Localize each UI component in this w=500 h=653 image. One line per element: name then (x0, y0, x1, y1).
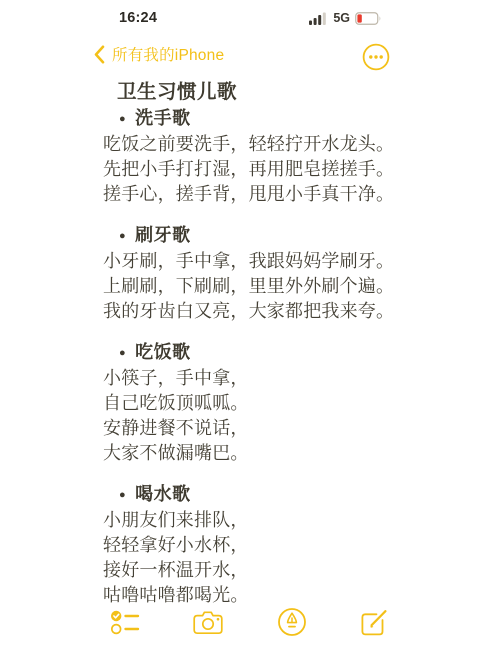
bullet-icon: ● (119, 107, 126, 132)
signal-strength-icon (309, 12, 328, 25)
note-line: 我的牙齿白又亮，大家都把我来夸。 (103, 299, 403, 324)
note-section-water-drinking: ●喝水歌 小朋友们来排队， 轻轻拿好小水杯， 接好一杯温开水， 咕噜咕噜都喝光。 (103, 482, 403, 608)
note-line: 小牙刷，手中拿，我跟妈妈学刷牙。 (103, 249, 403, 274)
section-heading-text: 刷牙歌 (135, 225, 191, 245)
status-indicators: 5G (309, 11, 381, 25)
nav-bar: 所有我的iPhone (90, 40, 410, 72)
note-line: 吃饭之前要洗手，轻轻拧开水龙头。 (103, 132, 403, 157)
status-time: 16:24 (119, 10, 157, 26)
camera-icon (193, 610, 223, 635)
chevron-left-icon (94, 45, 105, 64)
note-line: 自己吃饭顶呱呱。 (103, 391, 403, 416)
note-title: 卫生习惯儿歌 (103, 79, 403, 105)
note-line: 接好一杯温开水， (103, 558, 403, 583)
section-heading: ●喝水歌 (103, 482, 403, 508)
note-line: 轻轻拿好小水杯， (103, 533, 403, 558)
bullet-icon: ● (119, 483, 126, 508)
note-line: 搓手心，搓手背，甩甩小手真干净。 (103, 182, 403, 207)
section-heading: ●刷牙歌 (103, 223, 403, 249)
note-line: 上刷刷，下刷刷，里里外外刷个遍。 (103, 274, 403, 299)
status-bar: 16:24 5G (90, 8, 410, 30)
checklist-button[interactable] (109, 606, 141, 638)
more-options-button[interactable] (360, 41, 392, 73)
markup-button[interactable] (276, 606, 308, 638)
markup-pen-icon (277, 607, 307, 637)
circle-ellipsis-icon (362, 43, 390, 71)
bullet-icon: ● (119, 224, 126, 249)
note-line: 先把小手打打湿，再用肥皂搓搓手。 (103, 157, 403, 182)
section-heading-text: 洗手歌 (135, 108, 191, 128)
section-heading: ●吃饭歌 (103, 340, 403, 366)
bottom-toolbar (90, 602, 410, 642)
note-line: 大家不做漏嘴巴。 (103, 441, 403, 466)
compose-icon (360, 608, 389, 637)
note-editor[interactable]: 卫生习惯儿歌 ●洗手歌 吃饭之前要洗手，轻轻拧开水龙头。 先把小手打打湿，再用肥… (103, 79, 403, 608)
note-section-tooth-brushing: ●刷牙歌 小牙刷，手中拿，我跟妈妈学刷牙。 上刷刷，下刷刷，里里外外刷个遍。 我… (103, 223, 403, 324)
notes-app-screen: 16:24 5G (0, 0, 500, 653)
bullet-icon: ● (119, 341, 126, 366)
compose-button[interactable] (359, 606, 391, 638)
note-section-eating: ●吃饭歌 小筷子，手中拿， 自己吃饭顶呱呱。 安静进餐不说话， 大家不做漏嘴巴。 (103, 340, 403, 466)
network-type-label: 5G (333, 11, 350, 25)
section-heading: ●洗手歌 (103, 106, 403, 132)
note-line: 小朋友们来排队， (103, 508, 403, 533)
note-section-hand-washing: ●洗手歌 吃饭之前要洗手，轻轻拧开水龙头。 先把小手打打湿，再用肥皂搓搓手。 搓… (103, 106, 403, 207)
camera-button[interactable] (192, 606, 224, 638)
back-button-label: 所有我的iPhone (112, 43, 224, 65)
note-line: 安静进餐不说话， (103, 416, 403, 441)
back-button[interactable]: 所有我的iPhone (94, 43, 224, 65)
checklist-icon (110, 609, 140, 636)
battery-icon (355, 12, 381, 25)
note-line: 小筷子，手中拿， (103, 366, 403, 391)
section-heading-text: 吃饭歌 (135, 342, 191, 362)
section-heading-text: 喝水歌 (135, 484, 191, 504)
